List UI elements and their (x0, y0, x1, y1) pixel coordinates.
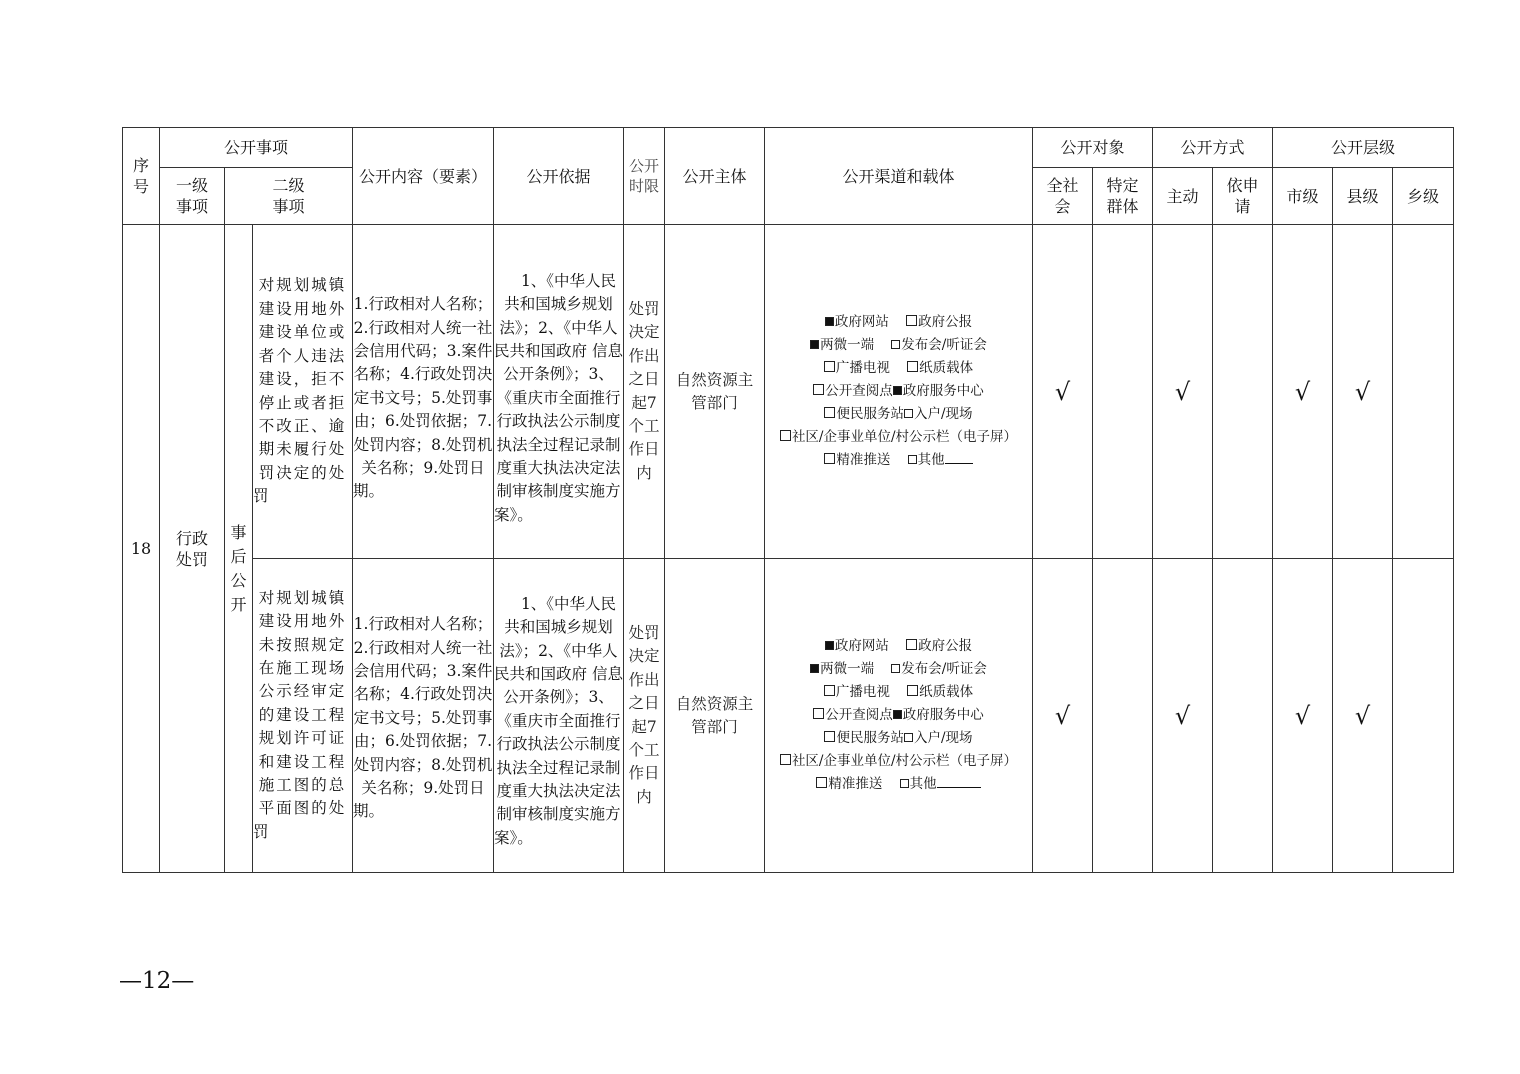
blank-line (937, 775, 981, 788)
channel-label: 入户/现场 (914, 730, 973, 746)
channel-label: 发布会/听证会 (901, 661, 987, 677)
channel-line: 社区/企事业单位/村公示栏（电子屏） (765, 426, 1032, 449)
row-level2: 对规划城镇建设用地外未按照规定在施工现场公示经审定的建设工程规划许可证和建设工程… (253, 559, 353, 873)
channel-label: 政府服务中心 (903, 707, 984, 723)
check-audience-all: √ (1033, 225, 1093, 559)
checkbox-checked-icon (825, 317, 834, 326)
row-basis: 1、《中华人民共和国城乡规划法》；2、《中华人民共和国政府 信息公开条例》；3、… (494, 559, 624, 873)
channel-line: 公开查阅点政府服务中心 (765, 704, 1032, 727)
row-channels: 政府网站 政府公报 两微一端 发布会/听证会 广播电视 纸质载体 公开查阅点政府… (765, 225, 1033, 559)
channel-label: 入户/现场 (914, 406, 973, 422)
checkbox-empty-icon (816, 777, 827, 788)
header-audience-specific: 特定群体 (1093, 168, 1153, 225)
disclosure-standard-table: 序号 公开事项 公开内容（要素） 公开依据 公开时限 公开主体 公开渠道和载体 … (122, 127, 1454, 873)
header-level2: 二级事项 (225, 168, 353, 225)
row-level2: 对规划城镇建设用地外建设单位或者个人违法建设，拒不停止或者拒不改正、逾期未履行处… (253, 225, 353, 559)
channel-label: 两微一端 (820, 337, 874, 353)
channel-line: 政府网站 政府公报 (765, 635, 1032, 658)
header-subject: 公开主体 (665, 128, 765, 225)
checkbox-empty-icon (904, 733, 913, 742)
header-method: 公开方式 (1153, 128, 1273, 168)
checkbox-empty-icon (904, 409, 913, 418)
checkbox-empty-icon (907, 685, 918, 696)
header-content: 公开内容（要素） (353, 128, 494, 225)
header-method-request: 依申请 (1213, 168, 1273, 225)
check-method-active: √ (1153, 559, 1213, 873)
header-audience-all: 全社会 (1033, 168, 1093, 225)
header-level-county: 县级 (1333, 168, 1393, 225)
check-level-county: √ (1333, 225, 1393, 559)
row-content: 1.行政相对人名称；2.行政相对人统一社会信用代码；3.案件名称；4.行政处罚决… (353, 225, 494, 559)
checkbox-empty-icon (824, 361, 835, 372)
header-level1: 一级事项 (160, 168, 225, 225)
check-level-town (1393, 559, 1454, 873)
channel-label: 广播电视 (836, 360, 890, 376)
checkbox-empty-icon (906, 315, 917, 326)
checkbox-empty-icon (824, 731, 835, 742)
header-public-matter: 公开事项 (160, 128, 353, 168)
row-stage: 事后公开 (225, 225, 253, 873)
header-basis: 公开依据 (494, 128, 624, 225)
checkbox-checked-icon (893, 386, 902, 395)
checkbox-checked-icon (825, 641, 834, 650)
checkbox-empty-icon (780, 430, 791, 441)
stage-text: 事后公开 (230, 523, 246, 614)
check-level-city: √ (1273, 559, 1333, 873)
check-audience-specific (1093, 559, 1153, 873)
channel-line: 公开查阅点政府服务中心 (765, 380, 1032, 403)
check-audience-all: √ (1033, 559, 1093, 873)
check-level-city: √ (1273, 225, 1333, 559)
channel-line: 便民服务站入户/现场 (765, 403, 1032, 426)
channel-label: 公开查阅点 (825, 383, 893, 399)
channel-label: 公开查阅点 (825, 707, 893, 723)
channel-label: 政府网站 (835, 638, 889, 654)
row-subject: 自然资源主管部门 (665, 559, 765, 873)
checkbox-empty-icon (908, 455, 917, 464)
checkbox-empty-icon (900, 779, 909, 788)
checkbox-empty-icon (906, 639, 917, 650)
channel-line: 精准推送 其他 (765, 449, 1032, 472)
blank-line (945, 451, 973, 464)
check-level-county: √ (1333, 559, 1393, 873)
basis-text: 1、《中华人民共和国城乡规划法》；2、《中华人民共和国政府 信息公开条例》；3、… (494, 272, 623, 524)
channel-label: 社区/企事业单位/村公示栏（电子屏） (792, 753, 1017, 769)
channel-line: 政府网站 政府公报 (765, 311, 1032, 334)
checkbox-empty-icon (907, 361, 918, 372)
check-method-active: √ (1153, 225, 1213, 559)
check-method-request (1213, 225, 1273, 559)
basis-text: 1、《中华人民共和国城乡规划法》；2、《中华人民共和国政府 信息公开条例》；3、… (494, 595, 623, 847)
checkbox-checked-icon (893, 710, 902, 719)
checkbox-empty-icon (891, 664, 900, 673)
checkbox-checked-icon (810, 340, 819, 349)
table-row: 对规划城镇建设用地外未按照规定在施工现场公示经审定的建设工程规划许可证和建设工程… (123, 559, 1454, 873)
check-level-town (1393, 225, 1454, 559)
check-audience-specific (1093, 225, 1153, 559)
channel-line: 精准推送 其他 (765, 773, 1032, 796)
row-seq: 18 (123, 225, 160, 873)
channel-label: 纸质载体 (919, 360, 973, 376)
subject-text: 自然资源主管部门 (676, 695, 754, 736)
row-level1: 行政处罚 (160, 225, 225, 873)
channel-line: 两微一端 发布会/听证会 (765, 334, 1032, 357)
checkbox-empty-icon (813, 384, 824, 395)
channel-label: 精准推送 (836, 452, 890, 468)
channel-label: 社区/企事业单位/村公示栏（电子屏） (792, 429, 1017, 445)
header-level-city: 市级 (1273, 168, 1333, 225)
channel-label: 政府网站 (835, 314, 889, 330)
channel-label: 发布会/听证会 (901, 337, 987, 353)
row-subject: 自然资源主管部门 (665, 225, 765, 559)
checkbox-empty-icon (780, 754, 791, 765)
channel-label: 便民服务站 (836, 406, 904, 422)
row-channels: 政府网站 政府公报 两微一端 发布会/听证会 广播电视 纸质载体 公开查阅点政府… (765, 559, 1033, 873)
channel-line: 广播电视 纸质载体 (765, 357, 1032, 380)
channel-label: 纸质载体 (919, 684, 973, 700)
channel-label: 政府公报 (918, 638, 972, 654)
header-level-town: 乡级 (1393, 168, 1454, 225)
channel-label: 政府公报 (918, 314, 972, 330)
header-channels: 公开渠道和载体 (765, 128, 1033, 225)
channel-label: 便民服务站 (836, 730, 904, 746)
row-content: 1.行政相对人名称；2.行政相对人统一社会信用代码；3.案件名称；4.行政处罚决… (353, 559, 494, 873)
channel-label: 政府服务中心 (903, 383, 984, 399)
channel-label: 其他 (918, 452, 945, 468)
row-time-limit: 处罚决定作出之日起7个工作日内 (624, 559, 665, 873)
header-level: 公开层级 (1273, 128, 1454, 168)
channel-line: 社区/企事业单位/村公示栏（电子屏） (765, 750, 1032, 773)
table-row: 18 行政处罚 事后公开 对规划城镇建设用地外建设单位或者个人违法建设，拒不停止… (123, 225, 1454, 559)
channel-label: 广播电视 (836, 684, 890, 700)
channel-label: 两微一端 (820, 661, 874, 677)
channel-line: 便民服务站入户/现场 (765, 727, 1032, 750)
check-method-request (1213, 559, 1273, 873)
checkbox-empty-icon (891, 340, 900, 349)
subject-text: 自然资源主管部门 (676, 371, 754, 412)
header-time-limit: 公开时限 (624, 128, 665, 225)
channel-line: 广播电视 纸质载体 (765, 681, 1032, 704)
checkbox-empty-icon (813, 708, 824, 719)
header-audience: 公开对象 (1033, 128, 1153, 168)
checkbox-checked-icon (810, 664, 819, 673)
channel-label: 其他 (910, 776, 937, 792)
checkbox-empty-icon (824, 407, 835, 418)
header-seq: 序号 (123, 128, 160, 225)
header-method-active: 主动 (1153, 168, 1213, 225)
checkbox-empty-icon (824, 685, 835, 696)
level1-text: 行政处罚 (176, 529, 208, 569)
channel-line: 两微一端 发布会/听证会 (765, 658, 1032, 681)
checkbox-empty-icon (824, 453, 835, 464)
page-number: —12— (119, 968, 194, 994)
channel-label: 精准推送 (828, 776, 882, 792)
row-time-limit: 处罚决定作出之日起7个工作日内 (624, 225, 665, 559)
row-basis: 1、《中华人民共和国城乡规划法》；2、《中华人民共和国政府 信息公开条例》；3、… (494, 225, 624, 559)
